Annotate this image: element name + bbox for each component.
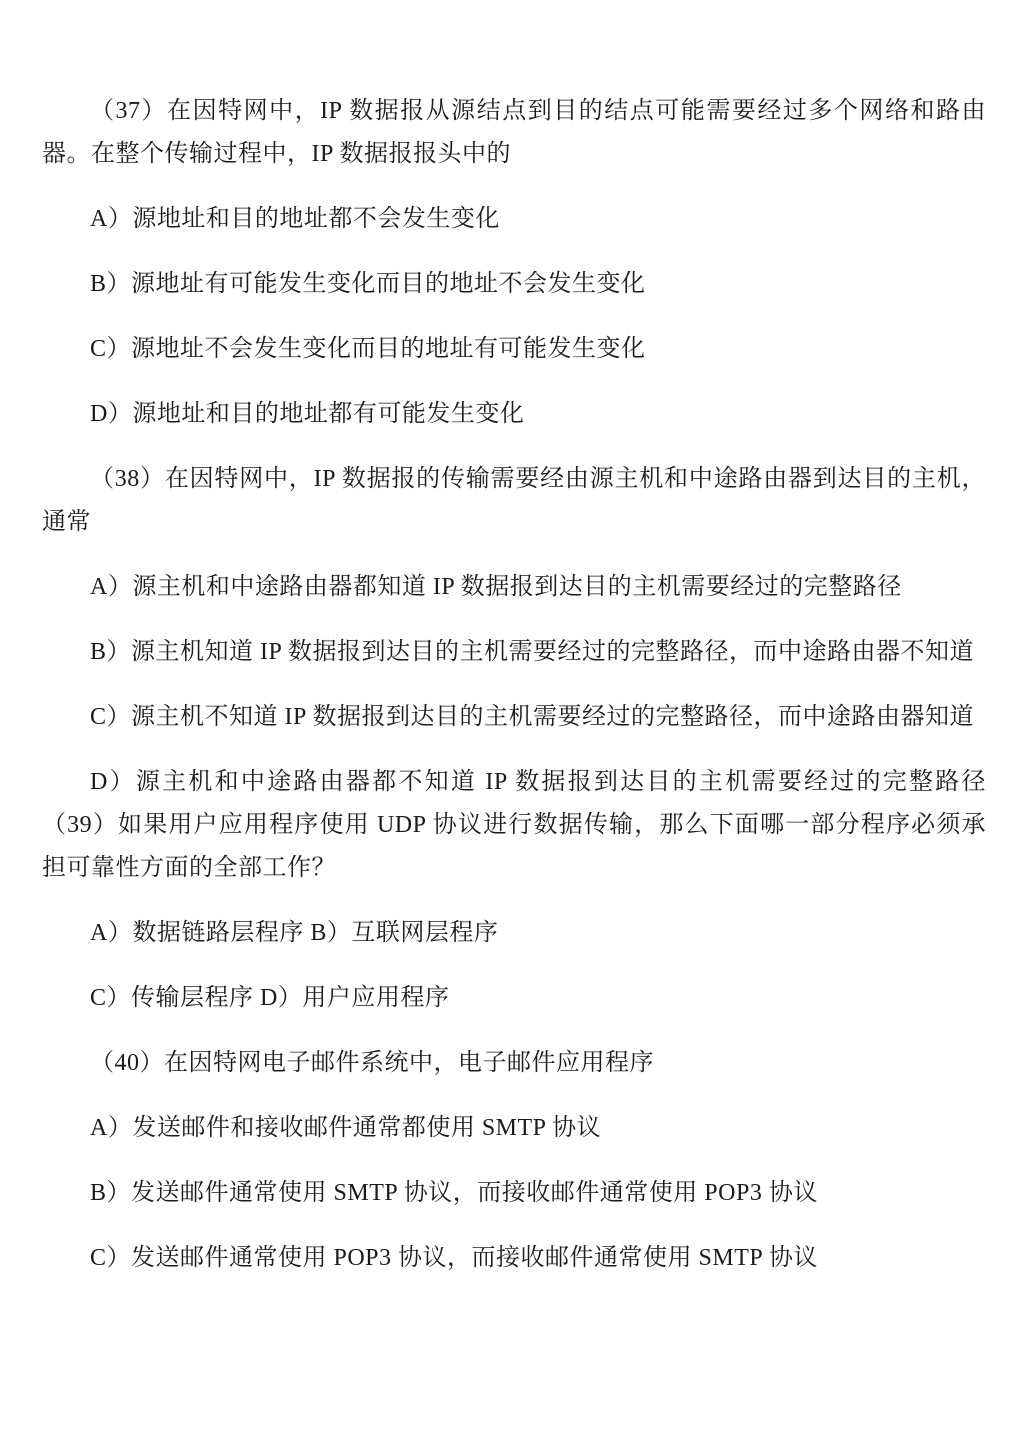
- question-37-option-2: C）源地址不会发生变化而目的地址有可能发生变化: [42, 328, 986, 371]
- question-38-option-2: C）源主机不知道 IP 数据报到达目的主机需要经过的完整路径，而中途路由器知道: [42, 696, 986, 739]
- question-40-option-2: C）发送邮件通常使用 POP3 协议，而接收邮件通常使用 SMTP 协议: [42, 1237, 986, 1280]
- question-38-option-0: A）源主机和中途路由器都知道 IP 数据报到达目的主机需要经过的完整路径: [42, 566, 986, 609]
- question-37-option-0: A）源地址和目的地址都不会发生变化: [42, 198, 986, 241]
- question-38-stem: （38）在因特网中，IP 数据报的传输需要经由源主机和中途路由器到达目的主机，通…: [42, 458, 986, 544]
- question-39-option-0: A）数据链路层程序 B）互联网层程序: [42, 912, 986, 955]
- question-40-stem: （40）在因特网电子邮件系统中，电子邮件应用程序: [42, 1042, 986, 1085]
- question-40-option-0: A）发送邮件和接收邮件通常都使用 SMTP 协议: [42, 1107, 986, 1150]
- question-37-option-1: B）源地址有可能发生变化而目的地址不会发生变化: [42, 263, 986, 306]
- question-38-option-3: D）源主机和中途路由器都不知道 IP 数据报到达目的主机需要经过的完整路径（39…: [42, 761, 986, 890]
- document-page: （37）在因特网中，IP 数据报从源结点到目的结点可能需要经过多个网络和路由器。…: [0, 0, 1034, 1443]
- question-40-option-1: B）发送邮件通常使用 SMTP 协议，而接收邮件通常使用 POP3 协议: [42, 1172, 986, 1215]
- question-39-option-1: C）传输层程序 D）用户应用程序: [42, 977, 986, 1020]
- question-37-stem: （37）在因特网中，IP 数据报从源结点到目的结点可能需要经过多个网络和路由器。…: [42, 90, 986, 176]
- question-38-option-1: B）源主机知道 IP 数据报到达目的主机需要经过的完整路径，而中途路由器不知道: [42, 631, 986, 674]
- question-37-option-3: D）源地址和目的地址都有可能发生变化: [42, 393, 986, 436]
- question-list: （37）在因特网中，IP 数据报从源结点到目的结点可能需要经过多个网络和路由器。…: [42, 90, 986, 1280]
